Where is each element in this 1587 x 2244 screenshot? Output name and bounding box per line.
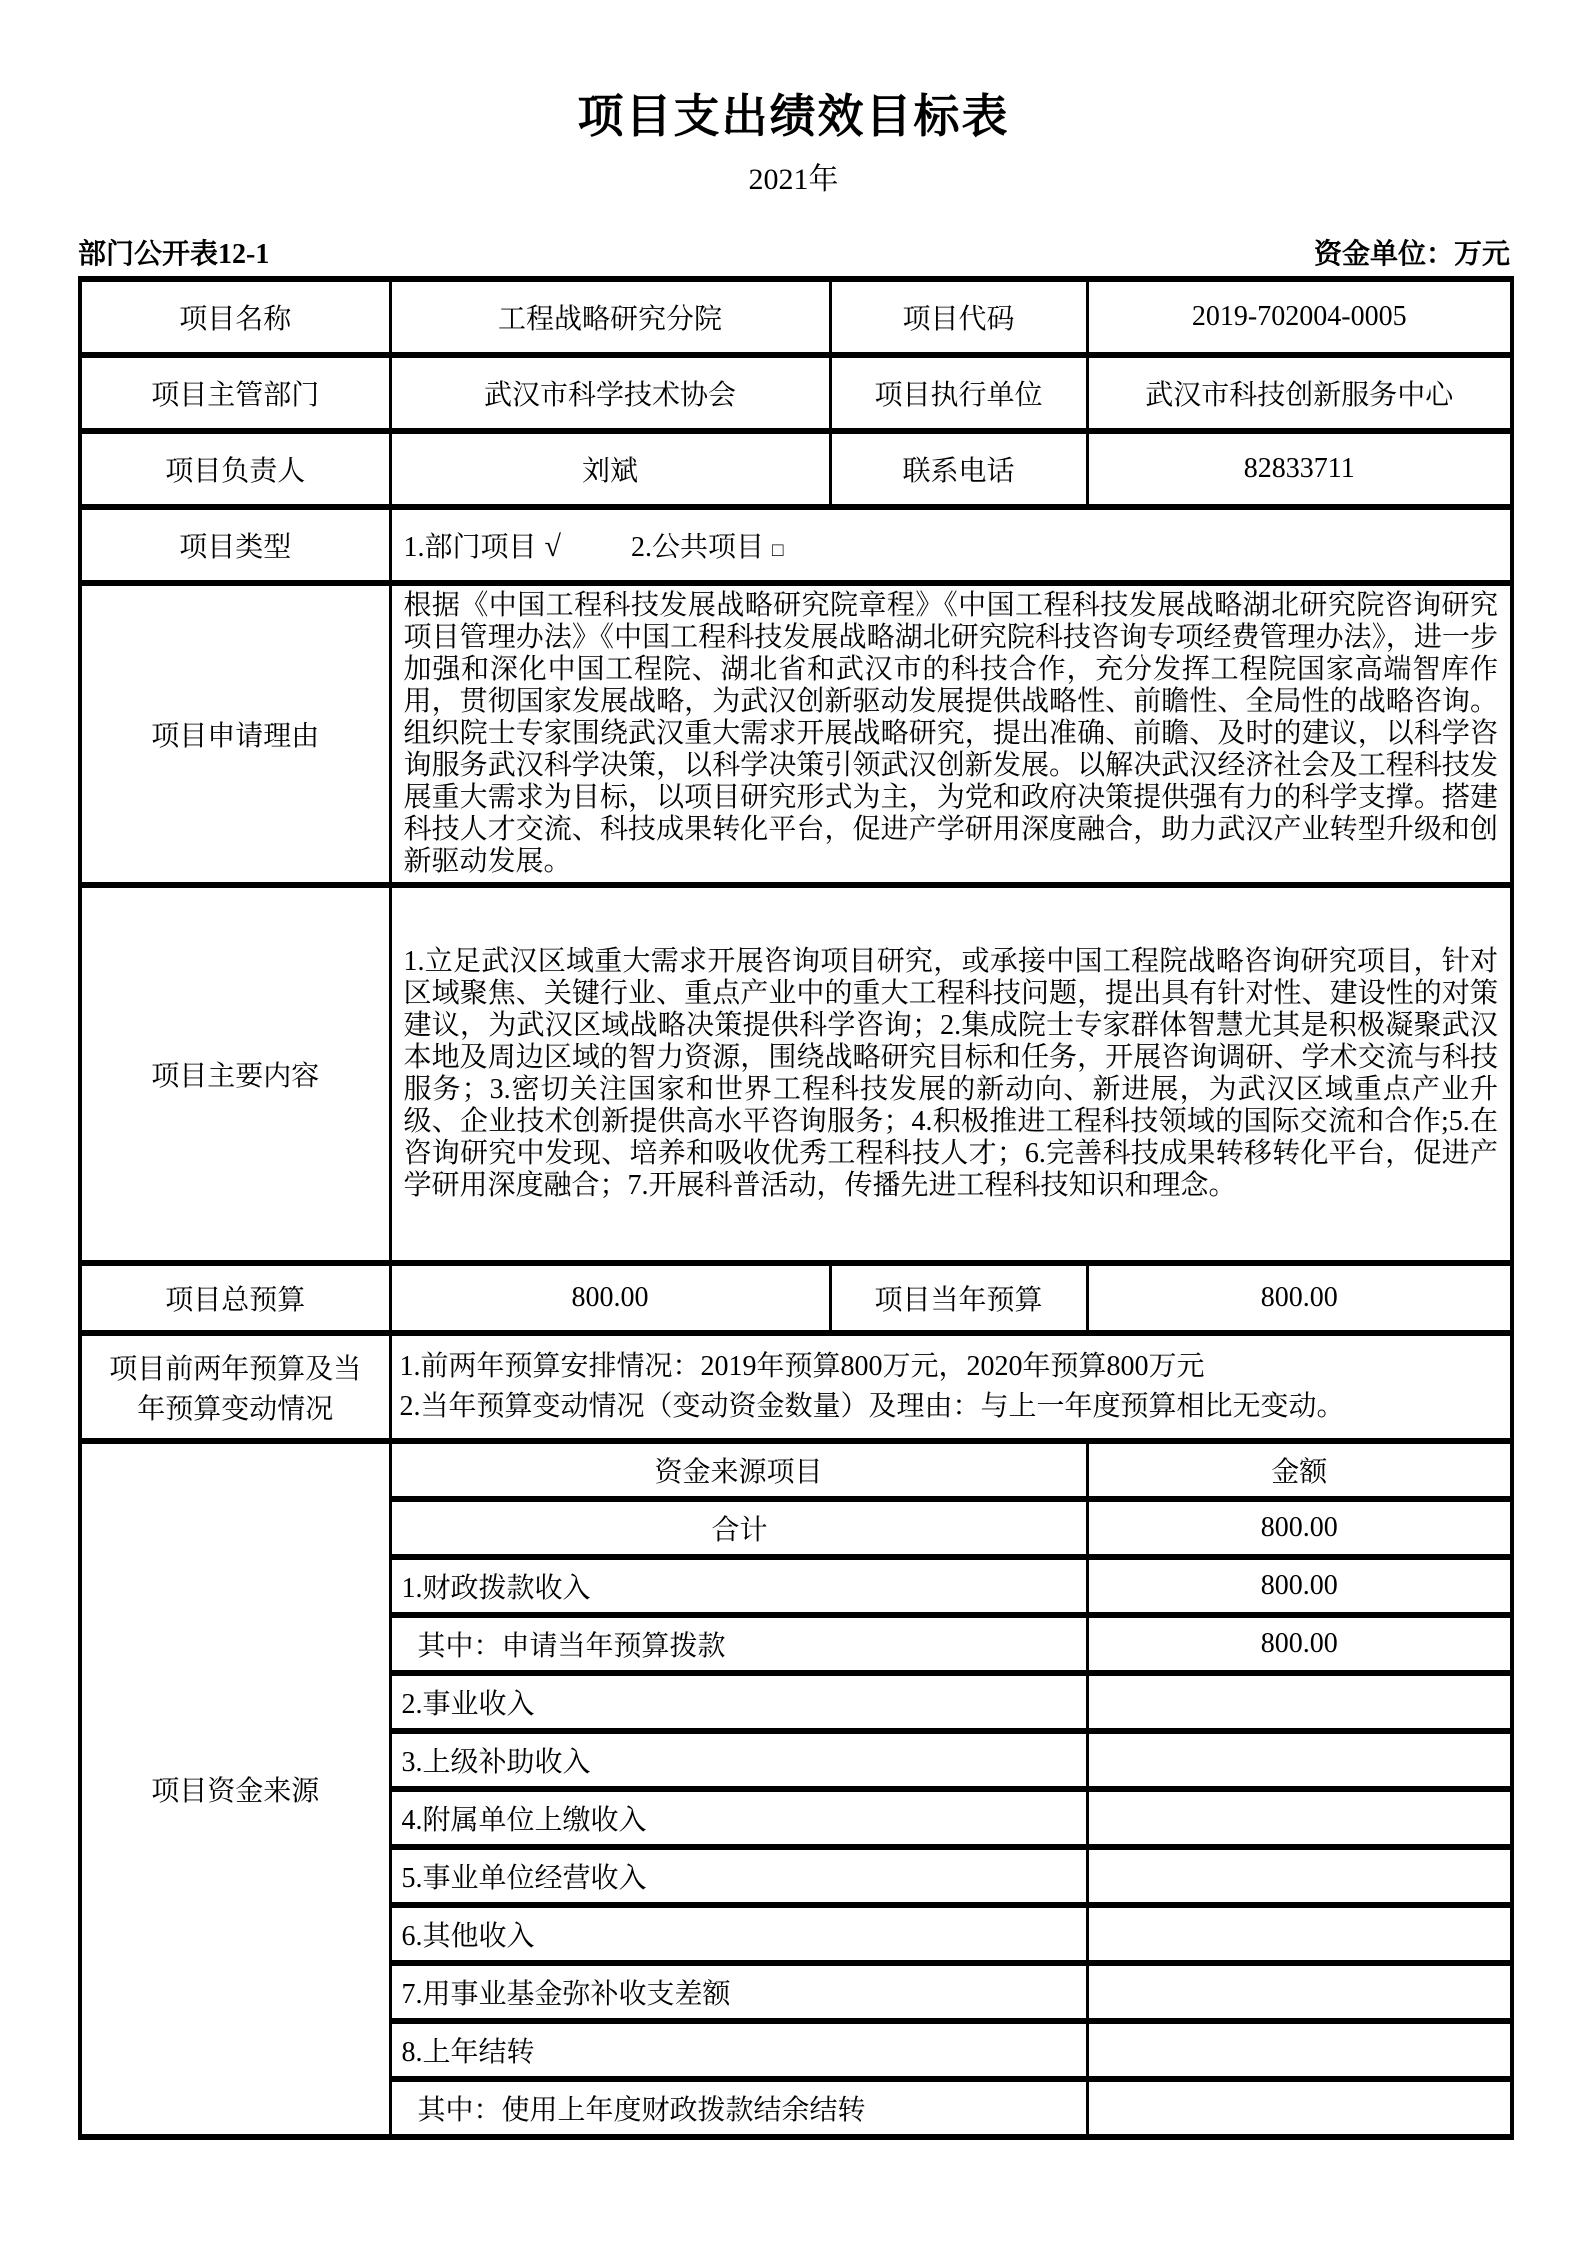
reason-text: 根据《中国工程科技发展战略研究院章程》《中国工程科技发展战略湖北研究院咨询研究项… [390, 583, 1512, 885]
project-code-label: 项目代码 [830, 279, 1087, 355]
table-row: 项目主管部门 武汉市科学技术协会 项目执行单位 武汉市科技创新服务中心 [80, 355, 1512, 431]
project-name-value: 工程战略研究分院 [390, 279, 830, 355]
table-row: 项目主要内容 1.立足武汉区域重大需求开展咨询项目研究，或承接中国工程院战略咨询… [80, 885, 1512, 1263]
funding-item: 其中：使用上年度财政拨款结余结转 [390, 2079, 1087, 2137]
exec-unit-value: 武汉市科技创新服务中心 [1087, 355, 1512, 431]
funding-amount: 800.00 [1087, 1557, 1512, 1615]
exec-unit-label: 项目执行单位 [830, 355, 1087, 431]
unit-note: 资金单位：万元 [1314, 232, 1510, 272]
empty-checkbox-icon: □ [764, 540, 783, 561]
funding-amount: 800.00 [1087, 1615, 1512, 1673]
funding-item: 2.事业收入 [390, 1673, 1087, 1731]
dept-value: 武汉市科学技术协会 [390, 355, 830, 431]
funding-item-header: 资金来源项目 [390, 1441, 1087, 1499]
funding-amount: 800.00 [1087, 1499, 1512, 1557]
funding-item: 8.上年结转 [390, 2021, 1087, 2079]
leader-label: 项目负责人 [80, 431, 390, 507]
funding-amount [1087, 1731, 1512, 1789]
funding-amount [1087, 1789, 1512, 1847]
project-name-label: 项目名称 [80, 279, 390, 355]
funding-item: 7.用事业基金弥补收支差额 [390, 1963, 1087, 2021]
phone-value: 82833711 [1087, 431, 1512, 507]
checked-mark-icon: √ [537, 530, 561, 563]
page-subtitle: 2021年 [0, 154, 1587, 198]
funding-amount [1087, 1905, 1512, 1963]
funding-item: 5.事业单位经营收入 [390, 1847, 1087, 1905]
funding-amount [1087, 2021, 1512, 2079]
prev-budget-label: 项目前两年预算及当年预算变动情况 [80, 1333, 390, 1441]
table-code: 部门公开表12-1 [78, 232, 269, 272]
project-type-option-dept: 1.部门项目 [404, 532, 537, 563]
funding-item: 1.财政拨款收入 [390, 1557, 1087, 1615]
funding-amount [1087, 1673, 1512, 1731]
funding-item: 4.附属单位上缴收入 [390, 1789, 1087, 1847]
funding-amount-header: 金额 [1087, 1441, 1512, 1499]
dept-label: 项目主管部门 [80, 355, 390, 431]
year-budget-label: 项目当年预算 [830, 1263, 1087, 1333]
prev-budget-line2: 2.当年预算变动情况（变动资金数量）及理由：与上一年度预算相比无变动。 [400, 1387, 1503, 1427]
funding-item: 3.上级补助收入 [390, 1731, 1087, 1789]
leader-value: 刘斌 [390, 431, 830, 507]
content-text: 1.立足武汉区域重大需求开展咨询项目研究，或承接中国工程院战略咨询研究项目，针对… [390, 885, 1512, 1263]
year-budget-value: 800.00 [1087, 1263, 1512, 1333]
page-title: 项目支出绩效目标表 [0, 0, 1587, 146]
project-type-options: 1.部门项目√2.公共项目□ [390, 507, 1512, 583]
prev-budget-text: 1.前两年预算安排情况：2019年预算800万元，2020年预算800万元 2.… [390, 1333, 1512, 1441]
table-row: 项目前两年预算及当年预算变动情况 1.前两年预算安排情况：2019年预算800万… [80, 1333, 1512, 1441]
total-budget-label: 项目总预算 [80, 1263, 390, 1333]
table-row: 项目名称 工程战略研究分院 项目代码 2019-702004-0005 [80, 279, 1512, 355]
content-label: 项目主要内容 [80, 885, 390, 1263]
performance-target-table: 项目名称 工程战略研究分院 项目代码 2019-702004-0005 项目主管… [78, 276, 1514, 2140]
table-row: 项目申请理由 根据《中国工程科技发展战略研究院章程》《中国工程科技发展战略湖北研… [80, 583, 1512, 885]
funding-amount [1087, 2079, 1512, 2137]
table-row: 项目资金来源 资金来源项目 金额 [80, 1441, 1512, 1499]
funding-item: 6.其他收入 [390, 1905, 1087, 1963]
meta-row: 部门公开表12-1 资金单位：万元 [78, 232, 1510, 272]
table-row: 项目总预算 800.00 项目当年预算 800.00 [80, 1263, 1512, 1333]
table-row: 项目负责人 刘斌 联系电话 82833711 [80, 431, 1512, 507]
funding-label: 项目资金来源 [80, 1441, 390, 2137]
project-type-label: 项目类型 [80, 507, 390, 583]
total-budget-value: 800.00 [390, 1263, 830, 1333]
funding-amount [1087, 1963, 1512, 2021]
table-row: 项目类型 1.部门项目√2.公共项目□ [80, 507, 1512, 583]
project-code-value: 2019-702004-0005 [1087, 279, 1512, 355]
reason-label: 项目申请理由 [80, 583, 390, 885]
phone-label: 联系电话 [830, 431, 1087, 507]
project-type-option-public: 2.公共项目 [631, 532, 764, 563]
prev-budget-line1: 1.前两年预算安排情况：2019年预算800万元，2020年预算800万元 [400, 1347, 1503, 1387]
funding-item: 合计 [390, 1499, 1087, 1557]
funding-amount [1087, 1847, 1512, 1905]
funding-item: 其中：申请当年预算拨款 [390, 1615, 1087, 1673]
document-page: 项目支出绩效目标表 2021年 部门公开表12-1 资金单位：万元 项目名称 工… [0, 0, 1587, 2244]
